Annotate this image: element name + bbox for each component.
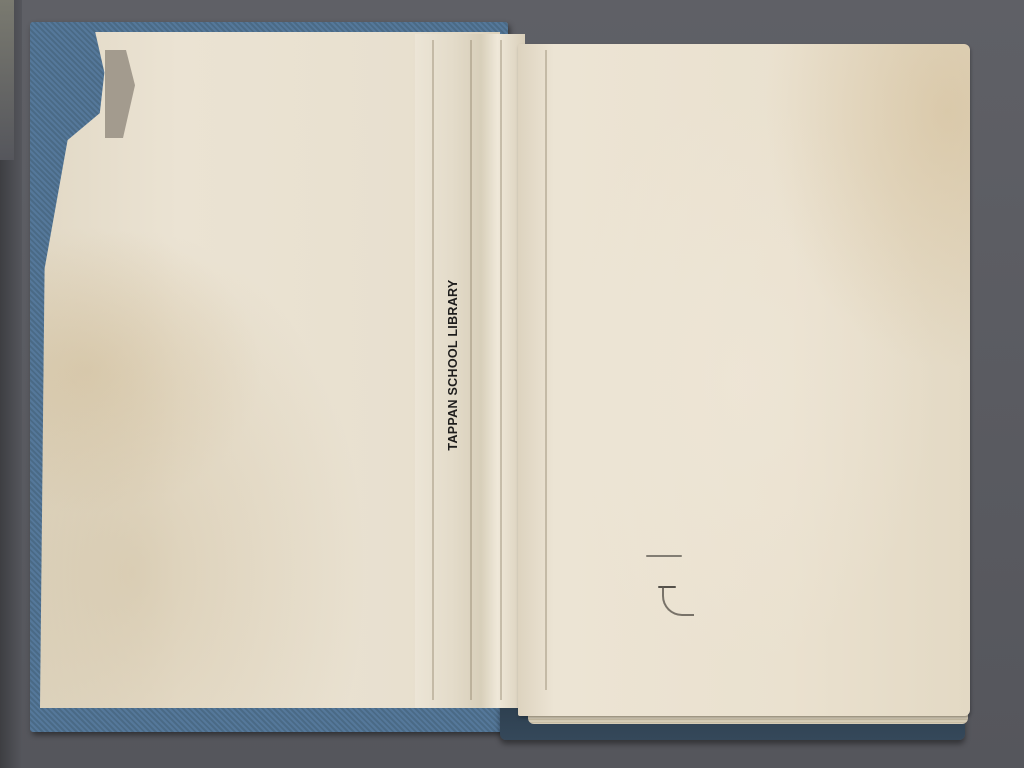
table-edge-highlight xyxy=(0,0,14,160)
fold-line xyxy=(470,40,472,700)
page-crease xyxy=(545,50,547,690)
fold-line xyxy=(500,40,502,700)
fold-line xyxy=(432,40,434,700)
pencil-mark xyxy=(646,555,682,557)
library-stamp: TAPPAN SCHOOL LIBRARY xyxy=(446,279,460,450)
right-page xyxy=(518,44,970,716)
